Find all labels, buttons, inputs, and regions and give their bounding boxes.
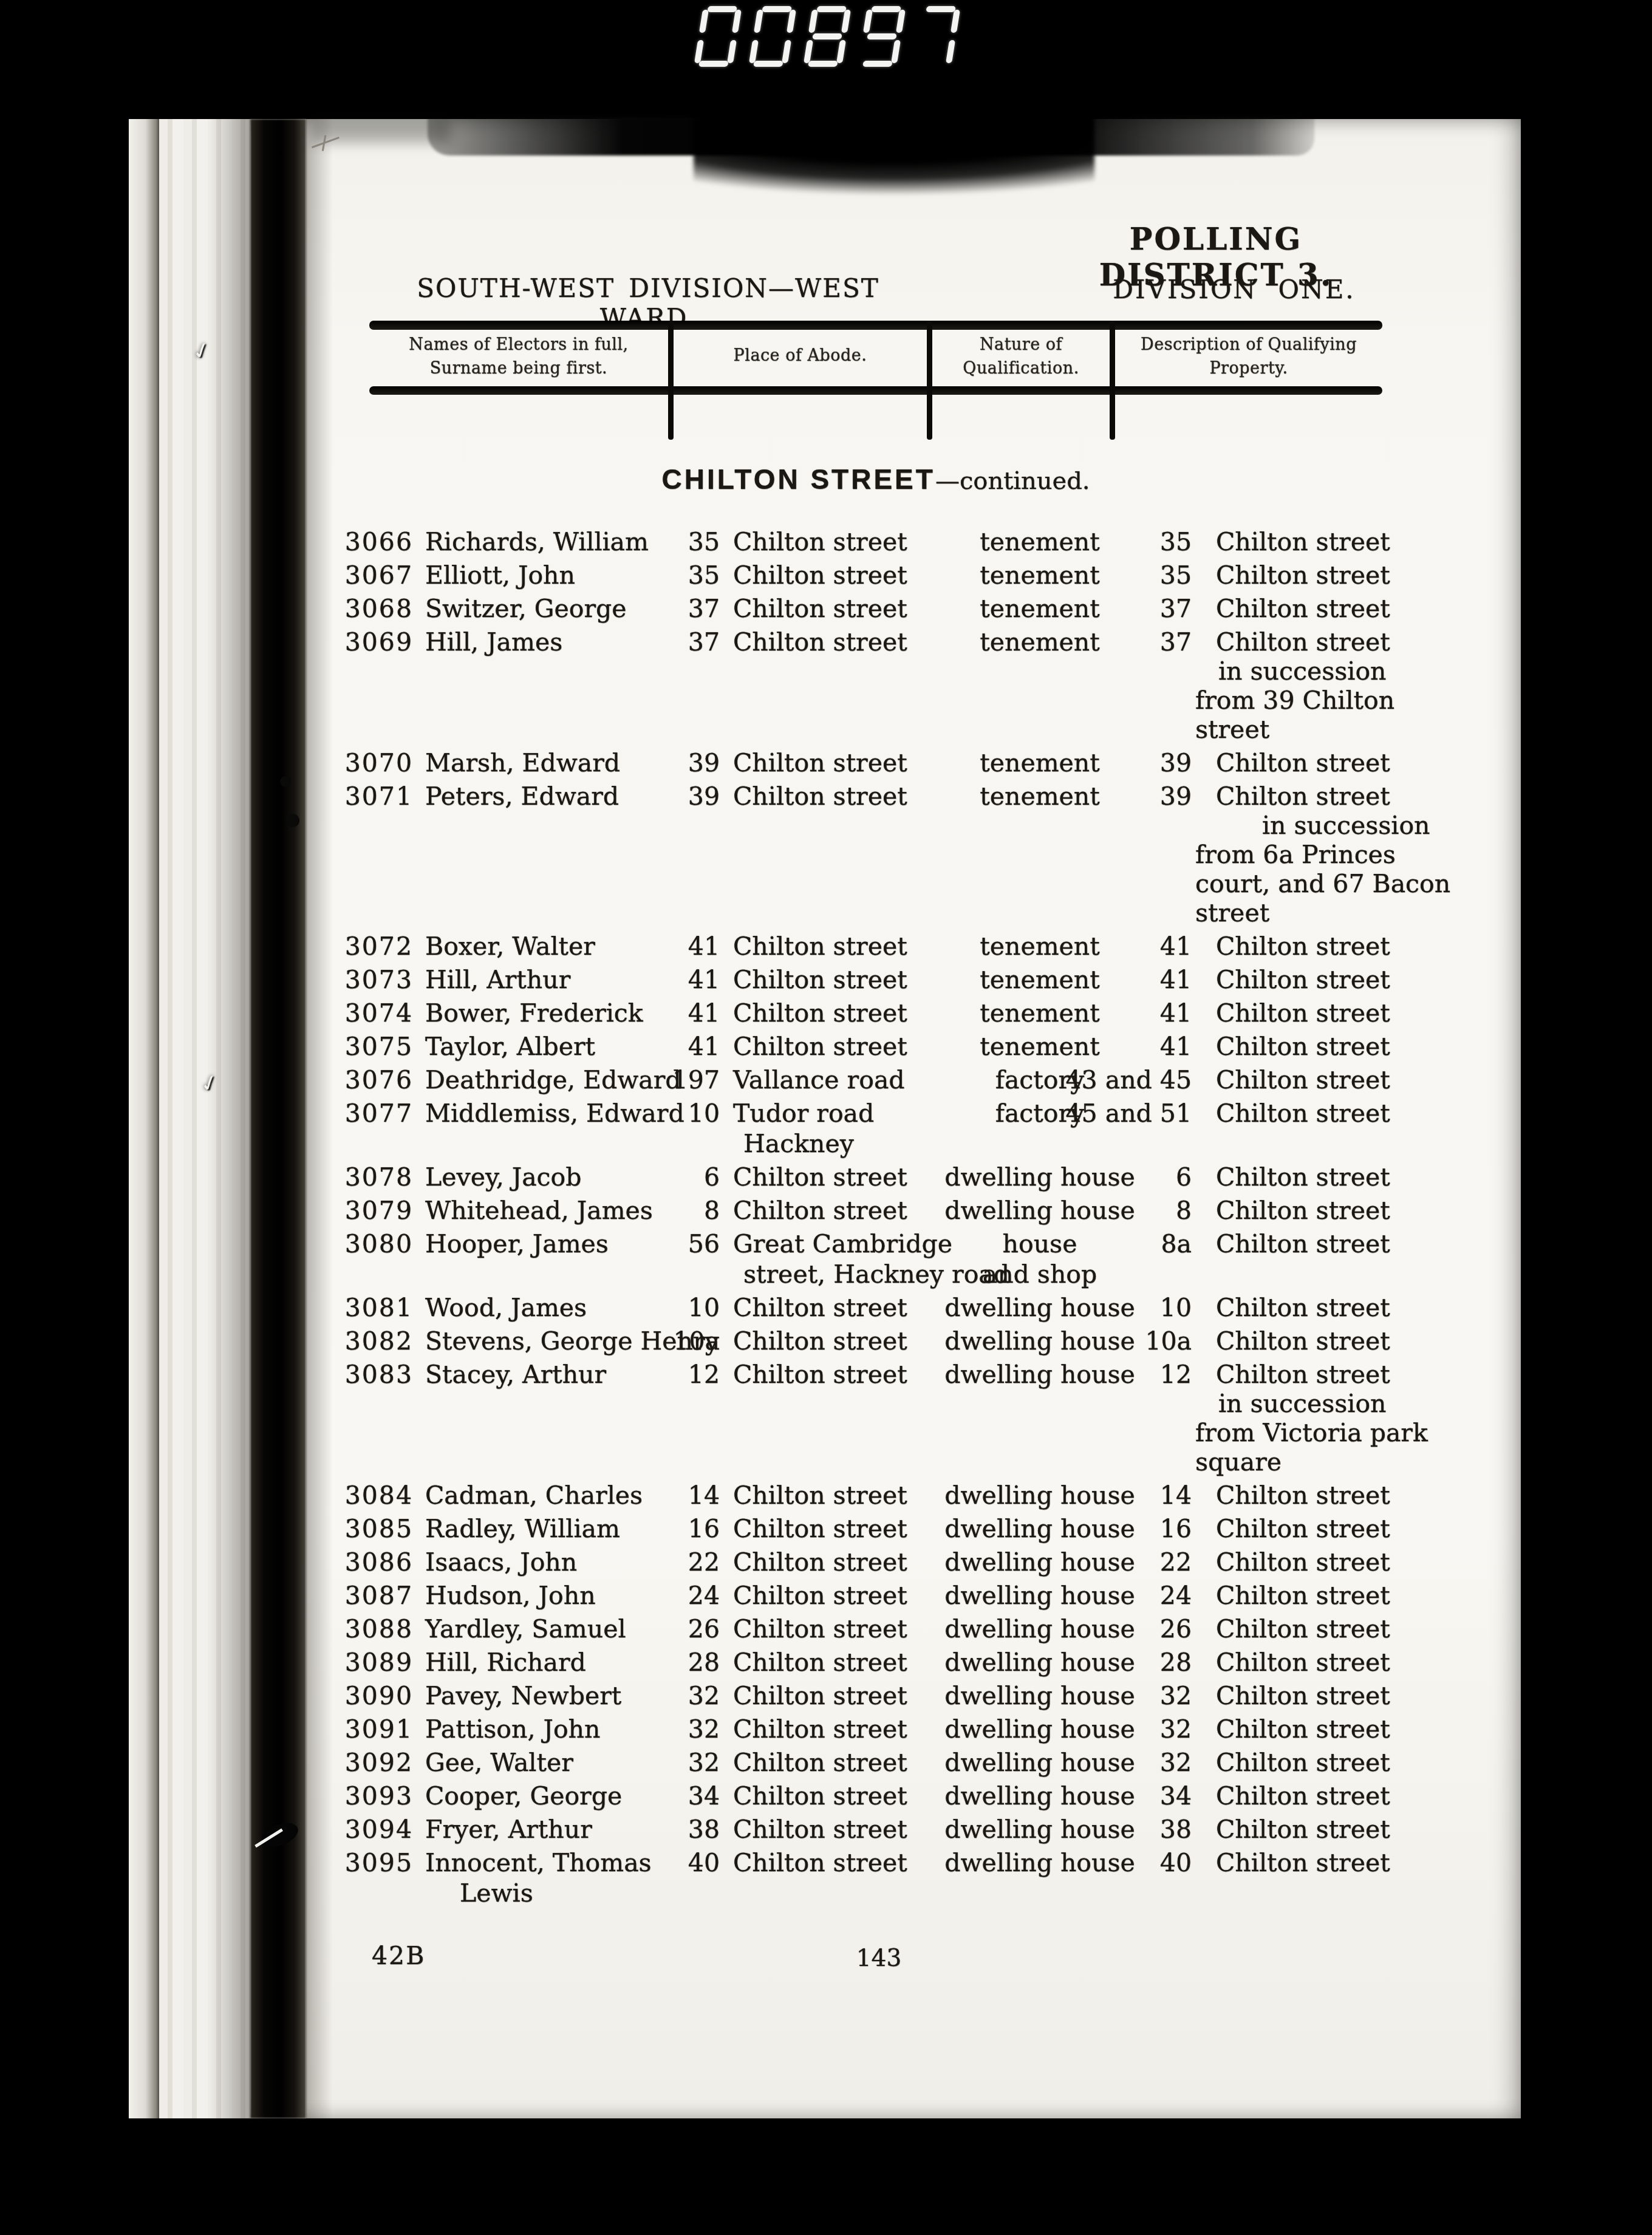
elector-name: Levey, Jacob	[425, 1162, 581, 1192]
elector-name: Peters, Edward	[425, 782, 619, 811]
abode-number: 10	[642, 1099, 720, 1128]
register-row: 3070Marsh, Edward39Chilton streettenemen…	[129, 748, 1521, 780]
elector-name: Boxer, Walter	[425, 932, 595, 961]
segment	[782, 40, 791, 63]
elector-number: 3071	[341, 782, 413, 811]
elector-name: Hill, James	[425, 627, 562, 657]
property-street: Chilton street	[1216, 1815, 1390, 1844]
elector-name: Switzer, George	[425, 594, 627, 623]
elector-name: Pavey, Newbert	[425, 1681, 621, 1710]
register-row: 3071Peters, Edward39Chilton streetteneme…	[129, 782, 1521, 813]
register-row: 3075Taylor, Albert41Chilton streetteneme…	[129, 1032, 1521, 1063]
register-row: 3077Middlemiss, Edward10Tudor roadfactor…	[129, 1099, 1521, 1130]
property-number: 8a	[1064, 1229, 1192, 1258]
abode-number: 41	[642, 998, 720, 1028]
segment	[787, 10, 796, 33]
property-note: square	[1195, 1447, 1282, 1476]
property-note-line: street	[129, 715, 1521, 746]
register-page: ✓ ✓ POLLING DISTRICT 3. SOUTH-WEST DIVIS…	[129, 119, 1521, 2118]
property-number: 22	[1064, 1547, 1192, 1577]
abode-street: Chilton street	[733, 527, 907, 556]
elector-number: 3092	[341, 1748, 413, 1777]
register-row: 3094Fryer, Arthur38Chilton streetdwellin…	[129, 1815, 1521, 1846]
abode-number: 24	[642, 1581, 720, 1610]
property-street: Chilton street	[1216, 1293, 1390, 1322]
property-street: Chilton street	[1216, 965, 1390, 994]
abode-street: Chilton street	[733, 748, 907, 777]
segment	[836, 40, 846, 63]
ink-dot	[280, 776, 291, 787]
segment	[762, 6, 792, 12]
segment	[749, 40, 759, 63]
elector-number: 3069	[341, 627, 413, 657]
property-street: Chilton street	[1216, 1514, 1390, 1543]
elector-number: 3089	[341, 1648, 413, 1677]
property-number: 14	[1064, 1481, 1192, 1510]
property-note: street	[1195, 898, 1269, 927]
abode-street: Chilton street	[733, 627, 907, 657]
property-number: 34	[1064, 1781, 1192, 1810]
abode-street: Chilton street	[733, 1032, 907, 1061]
segment	[951, 10, 960, 33]
property-street: Chilton street	[1216, 1781, 1390, 1810]
elector-number: 3078	[341, 1162, 413, 1192]
property-street: Chilton street	[1216, 1065, 1390, 1094]
register-row: 3067Elliott, John35Chilton streettenemen…	[129, 561, 1521, 592]
property-street: Chilton street	[1216, 1360, 1390, 1389]
property-note: from 6a Princes	[1195, 840, 1396, 869]
abode-number: 34	[642, 1781, 720, 1810]
property-number: 32	[1064, 1715, 1192, 1744]
elector-number: 3075	[341, 1032, 413, 1061]
abode-street: Vallance road	[733, 1065, 905, 1094]
counter-digit	[803, 6, 852, 67]
property-note-line: in succession	[129, 811, 1521, 842]
counter-digit	[858, 6, 906, 67]
elector-number: 3074	[341, 998, 413, 1028]
abode-number: 10	[642, 1293, 720, 1322]
elector-name: Richards, William	[425, 527, 649, 556]
property-number: 41	[1064, 965, 1192, 994]
elector-number: 3070	[341, 748, 413, 777]
torn-edge-blob	[694, 117, 1094, 196]
elector-number: 3091	[341, 1715, 413, 1744]
abode-street: Chilton street	[733, 1715, 907, 1744]
elector-name-continued: Lewis	[460, 1878, 533, 1908]
abode-number: 12	[642, 1360, 720, 1389]
register-row: 3090Pavey, Newbert32Chilton streetdwelli…	[129, 1681, 1521, 1713]
property-street: Chilton street	[1216, 782, 1390, 811]
segment	[863, 10, 873, 33]
abode-street: Chilton street	[733, 561, 907, 590]
property-note: in succession	[1218, 657, 1386, 686]
property-note: court, and 67 Bacon	[1195, 869, 1450, 898]
segment	[808, 10, 818, 33]
elector-name: Wood, James	[425, 1293, 587, 1322]
segment	[841, 10, 851, 33]
abode-number: 197	[642, 1065, 720, 1094]
elector-number: 3076	[341, 1065, 413, 1094]
register-row: 3081Wood, James10Chilton streetdwelling …	[129, 1293, 1521, 1325]
abode-street: Chilton street	[733, 1547, 907, 1577]
property-note-line: from 39 Chilton	[129, 686, 1521, 717]
elector-name: Pattison, John	[425, 1715, 600, 1744]
abode-number: 40	[642, 1848, 720, 1877]
property-street: Chilton street	[1216, 1326, 1390, 1356]
abode-street: Great Cambridge	[733, 1229, 952, 1258]
abode-number: 41	[642, 965, 720, 994]
abode-number: 32	[642, 1748, 720, 1777]
elector-name: Elliott, John	[425, 561, 575, 590]
abode-number: 22	[642, 1547, 720, 1577]
elector-name: Cadman, Charles	[425, 1481, 643, 1510]
elector-name: Innocent, Thomas	[425, 1848, 652, 1877]
property-number: 41	[1064, 932, 1192, 961]
register-entries: 3066Richards, William35Chilton streetten…	[129, 119, 1521, 2118]
footer-signature-mark: 42B	[372, 1941, 425, 1970]
elector-name: Yardley, Samuel	[425, 1614, 626, 1643]
property-street: Chilton street	[1216, 561, 1390, 590]
abode-continued: Hackney	[743, 1129, 854, 1158]
abode-number: 39	[642, 748, 720, 777]
elector-name: Stacey, Arthur	[425, 1360, 606, 1389]
abode-street: Chilton street	[733, 1815, 907, 1844]
elector-name: Radley, William	[425, 1514, 620, 1543]
elector-number: 3081	[341, 1293, 413, 1322]
abode-street: Chilton street	[733, 1196, 907, 1225]
register-row: 3084Cadman, Charles14Chilton streetdwell…	[129, 1481, 1521, 1512]
property-street: Chilton street	[1216, 527, 1390, 556]
property-number: 39	[1064, 748, 1192, 777]
property-number: 28	[1064, 1648, 1192, 1677]
elector-number: 3067	[341, 561, 413, 590]
elector-name: Hill, Richard	[425, 1648, 586, 1677]
abode-number: 32	[642, 1681, 720, 1710]
abode-number: 41	[642, 1032, 720, 1061]
segment	[732, 10, 742, 33]
property-number: 6	[1064, 1162, 1192, 1192]
property-note-line: court, and 67 Bacon	[129, 869, 1521, 901]
abode-number: 41	[642, 932, 720, 961]
elector-number: 3083	[341, 1360, 413, 1389]
property-number: 37	[1064, 594, 1192, 623]
abode-street: Chilton street	[733, 965, 907, 994]
register-row: 3091Pattison, John32Chilton streetdwelli…	[129, 1715, 1521, 1746]
elector-name: Gee, Walter	[425, 1748, 573, 1777]
elector-number: 3088	[341, 1614, 413, 1643]
property-street: Chilton street	[1216, 1681, 1390, 1710]
abode-street: Chilton street	[733, 932, 907, 961]
property-street: Chilton street	[1216, 1099, 1390, 1128]
segment	[707, 6, 737, 12]
abode-street: Chilton street	[733, 1326, 907, 1356]
abode-number: 56	[642, 1229, 720, 1258]
property-number: 10a	[1064, 1326, 1192, 1356]
register-row: 3093Cooper, George34Chilton streetdwelli…	[129, 1781, 1521, 1813]
property-street: Chilton street	[1216, 1162, 1390, 1192]
ink-dot	[286, 814, 299, 827]
elector-number: 3073	[341, 965, 413, 994]
abode-street: Chilton street	[733, 1293, 907, 1322]
property-note-line: in succession	[129, 1389, 1521, 1421]
register-row: 3085Radley, William16Chilton streetdwell…	[129, 1514, 1521, 1546]
register-row: 3069Hill, James37Chilton streettenement3…	[129, 627, 1521, 659]
continuation-line: Lewis	[129, 1878, 1521, 1910]
property-note: from 39 Chilton	[1195, 686, 1394, 715]
elector-name: Hill, Arthur	[425, 965, 570, 994]
abode-street: Chilton street	[733, 782, 907, 811]
register-row: 3066Richards, William35Chilton streetten…	[129, 527, 1521, 559]
segment	[946, 40, 955, 63]
counter-digit	[748, 6, 797, 67]
property-street: Chilton street	[1216, 998, 1390, 1028]
property-street: Chilton street	[1216, 1715, 1390, 1744]
register-row: 3074Bower, Frederick41Chilton streettene…	[129, 998, 1521, 1030]
elector-name: Cooper, George	[425, 1781, 622, 1810]
abode-number: 39	[642, 782, 720, 811]
register-row: 3078Levey, Jacob6Chilton streetdwelling …	[129, 1162, 1521, 1194]
abode-number: 14	[642, 1481, 720, 1510]
elector-name: Marsh, Edward	[425, 748, 620, 777]
elector-name: Hudson, John	[425, 1581, 596, 1610]
property-street: Chilton street	[1216, 1547, 1390, 1577]
register-row: 3095Innocent, Thomas40Chilton streetdwel…	[129, 1848, 1521, 1880]
qualification-continued: and shop	[930, 1260, 1149, 1289]
elector-number: 3077	[341, 1099, 413, 1128]
property-street: Chilton street	[1216, 1481, 1390, 1510]
property-street: Chilton street	[1216, 1614, 1390, 1643]
abode-street: Chilton street	[733, 1781, 907, 1810]
property-street: Chilton street	[1216, 1196, 1390, 1225]
elector-name: Whitehead, James	[425, 1196, 653, 1225]
segment	[812, 33, 842, 39]
register-row: 3086Isaacs, John22Chilton streetdwelling…	[129, 1547, 1521, 1579]
property-note: in succession	[1262, 811, 1430, 840]
property-number: 26	[1064, 1614, 1192, 1643]
segment	[871, 6, 901, 12]
continuation-line: street, Hackney roadand shop	[129, 1260, 1521, 1291]
property-street: Chilton street	[1216, 1581, 1390, 1610]
segment	[694, 40, 704, 63]
segment	[727, 40, 737, 63]
property-number: 16	[1064, 1514, 1192, 1543]
property-street: Chilton street	[1216, 1032, 1390, 1061]
segment	[808, 61, 838, 67]
scanned-register-page: { "film": { "frame_counter": "00897" }, …	[0, 0, 1652, 2235]
register-row: 3072Boxer, Walter41Chilton streettenemen…	[129, 932, 1521, 963]
abode-number: 10a	[642, 1326, 720, 1356]
register-row: 3087Hudson, John24Chilton streetdwelling…	[129, 1581, 1521, 1612]
page-number: 143	[833, 1945, 924, 1972]
segment	[804, 40, 813, 63]
printed-content: POLLING DISTRICT 3. SOUTH-WEST DIVISION—…	[129, 119, 1521, 2118]
segment	[698, 61, 729, 67]
register-row: 3073Hill, Arthur41Chilton streettenement…	[129, 965, 1521, 997]
register-row: 3080Hooper, James56Great Cambridgehouse8…	[129, 1229, 1521, 1261]
abode-street: Chilton street	[733, 1162, 907, 1192]
segment	[896, 10, 906, 33]
property-number: 24	[1064, 1581, 1192, 1610]
counter-digit	[694, 6, 742, 67]
abode-number: 28	[642, 1648, 720, 1677]
property-number: 41	[1064, 998, 1192, 1028]
property-street: Chilton street	[1216, 627, 1390, 657]
property-note: street	[1195, 715, 1269, 744]
abode-street: Chilton street	[733, 1360, 907, 1389]
elector-name: Taylor, Albert	[425, 1032, 595, 1061]
property-street: Chilton street	[1216, 594, 1390, 623]
property-number: 43 and 45	[1064, 1065, 1192, 1094]
abode-number: 37	[642, 627, 720, 657]
abode-number: 32	[642, 1715, 720, 1744]
abode-number: 37	[642, 594, 720, 623]
property-number: 10	[1064, 1293, 1192, 1322]
property-number: 45 and 51	[1064, 1099, 1192, 1128]
register-row: 3082Stevens, George Henry10aChilton stre…	[129, 1326, 1521, 1358]
property-number: 8	[1064, 1196, 1192, 1225]
property-note-line: street	[129, 898, 1521, 930]
property-street: Chilton street	[1216, 748, 1390, 777]
property-note-line: from 6a Princes	[129, 840, 1521, 872]
elector-number: 3090	[341, 1681, 413, 1710]
property-note-line: from Victoria park	[129, 1418, 1521, 1450]
abode-street: Chilton street	[733, 594, 907, 623]
property-number: 35	[1064, 561, 1192, 590]
property-number: 41	[1064, 1032, 1192, 1061]
property-number: 32	[1064, 1748, 1192, 1777]
elector-number: 3068	[341, 594, 413, 623]
property-note: in succession	[1218, 1389, 1386, 1418]
property-street: Chilton street	[1216, 1648, 1390, 1677]
abode-street: Chilton street	[733, 1648, 907, 1677]
abode-street: Chilton street	[733, 998, 907, 1028]
abode-number: 16	[642, 1514, 720, 1543]
segment	[754, 10, 763, 33]
elector-number: 3086	[341, 1547, 413, 1577]
continuation-line: Hackney	[129, 1129, 1521, 1161]
elector-number: 3084	[341, 1481, 413, 1510]
property-note-line: square	[129, 1447, 1521, 1479]
counter-digit	[912, 6, 961, 67]
property-street: Chilton street	[1216, 1748, 1390, 1777]
abode-street: Chilton street	[733, 1514, 907, 1543]
segment	[753, 61, 783, 67]
property-street: Chilton street	[1216, 932, 1390, 961]
elector-number: 3072	[341, 932, 413, 961]
register-row: 3088Yardley, Samuel26Chilton streetdwell…	[129, 1614, 1521, 1646]
elector-number: 3080	[341, 1229, 413, 1258]
elector-number: 3082	[341, 1326, 413, 1356]
property-number: 40	[1064, 1848, 1192, 1877]
elector-name: Fryer, Arthur	[425, 1815, 592, 1844]
property-note: from Victoria park	[1195, 1418, 1428, 1447]
property-number: 38	[1064, 1815, 1192, 1844]
abode-street: Chilton street	[733, 1581, 907, 1610]
abode-street: Chilton street	[733, 1748, 907, 1777]
segment	[926, 6, 956, 12]
property-number: 12	[1064, 1360, 1192, 1389]
property-number: 32	[1064, 1681, 1192, 1710]
segment	[867, 33, 897, 39]
register-row: 3068Switzer, George37Chilton streettenem…	[129, 594, 1521, 626]
abode-street: Chilton street	[733, 1848, 907, 1877]
segment	[862, 61, 893, 67]
elector-number: 3079	[341, 1196, 413, 1225]
film-frame-counter	[694, 6, 977, 67]
abode-street: Chilton street	[733, 1681, 907, 1710]
abode-street: Tudor road	[733, 1099, 874, 1128]
property-note-line: in succession	[129, 657, 1521, 688]
register-row: 3089Hill, Richard28Chilton streetdwellin…	[129, 1648, 1521, 1679]
segment	[699, 10, 709, 33]
register-row: 3076Deathridge, Edward197Vallance roadfa…	[129, 1065, 1521, 1097]
elector-number: 3066	[341, 527, 413, 556]
abode-number: 26	[642, 1614, 720, 1643]
abode-number: 38	[642, 1815, 720, 1844]
property-number: 37	[1064, 627, 1192, 657]
elector-number: 3087	[341, 1581, 413, 1610]
register-row: 3079Whitehead, James8Chilton streetdwell…	[129, 1196, 1521, 1227]
elector-number: 3085	[341, 1514, 413, 1543]
abode-number: 35	[642, 527, 720, 556]
abode-number: 8	[642, 1196, 720, 1225]
abode-number: 35	[642, 561, 720, 590]
elector-name: Hooper, James	[425, 1229, 609, 1258]
property-number: 35	[1064, 527, 1192, 556]
property-street: Chilton street	[1216, 1848, 1390, 1877]
elector-number: 3094	[341, 1815, 413, 1844]
elector-name: Bower, Frederick	[425, 998, 643, 1028]
property-street: Chilton street	[1216, 1229, 1390, 1258]
elector-number: 3095	[341, 1848, 413, 1877]
segment	[816, 6, 847, 12]
register-row: 3083Stacey, Arthur12Chilton streetdwelli…	[129, 1360, 1521, 1391]
elector-name: Isaacs, John	[425, 1547, 577, 1577]
abode-street: Chilton street	[733, 1481, 907, 1510]
elector-number: 3093	[341, 1781, 413, 1810]
segment	[891, 40, 901, 63]
register-row: 3092Gee, Walter32Chilton streetdwelling …	[129, 1748, 1521, 1779]
abode-number: 6	[642, 1162, 720, 1192]
abode-street: Chilton street	[733, 1614, 907, 1643]
property-number: 39	[1064, 782, 1192, 811]
